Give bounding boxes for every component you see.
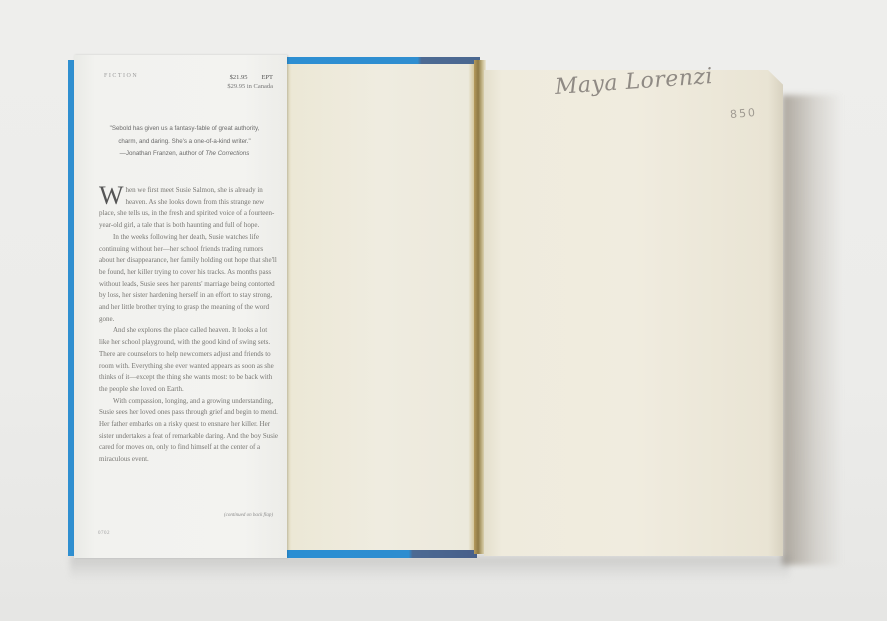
blurb-paragraph-4: With compassion, longing, and a growing … xyxy=(99,396,279,466)
blurb-paragraph-1: When we first meet Susie Salmon, she is … xyxy=(99,185,279,232)
cover-edge-bottom xyxy=(282,550,477,558)
price-canada: $29.95 in Canada xyxy=(227,82,273,91)
flyleaf-page xyxy=(484,70,783,556)
flap-category: FICTION xyxy=(104,73,138,79)
drop-cap: W xyxy=(99,186,124,206)
price-code: EPT xyxy=(261,74,273,81)
dust-jacket-flap: FICTION $21.95EPT $29.95 in Canada "Sebo… xyxy=(74,55,287,558)
flap-header: FICTION $21.95EPT $29.95 in Canada xyxy=(104,73,273,101)
quote-line-1: "Sebold has given us a fantasy-fable of … xyxy=(92,123,277,136)
book-shadow-bottom xyxy=(70,556,790,580)
front-endpaper xyxy=(284,64,476,551)
continued-note: (continued on back flap) xyxy=(224,513,273,518)
quote-attribution: —Jonathan Franzen, author of The Correct… xyxy=(92,148,277,161)
price-us: $21.95 xyxy=(230,74,248,81)
flap-code: 0702 xyxy=(98,531,110,536)
pencil-price-mark: 850 xyxy=(729,106,757,121)
attribution-title: The Corrections xyxy=(205,150,249,157)
flap-price: $21.95EPT $29.95 in Canada xyxy=(227,73,273,91)
quote-line-2: charm, and daring. She's a one-of-a-kind… xyxy=(92,136,277,149)
flap-quote: "Sebold has given us a fantasy-fable of … xyxy=(92,123,277,161)
book-shadow-right xyxy=(782,95,842,565)
flap-blurb: When we first meet Susie Salmon, she is … xyxy=(99,185,279,466)
blurb-paragraph-2: In the weeks following her death, Susie … xyxy=(99,232,279,326)
blurb-paragraph-3: And she explores the place called heaven… xyxy=(99,325,279,395)
